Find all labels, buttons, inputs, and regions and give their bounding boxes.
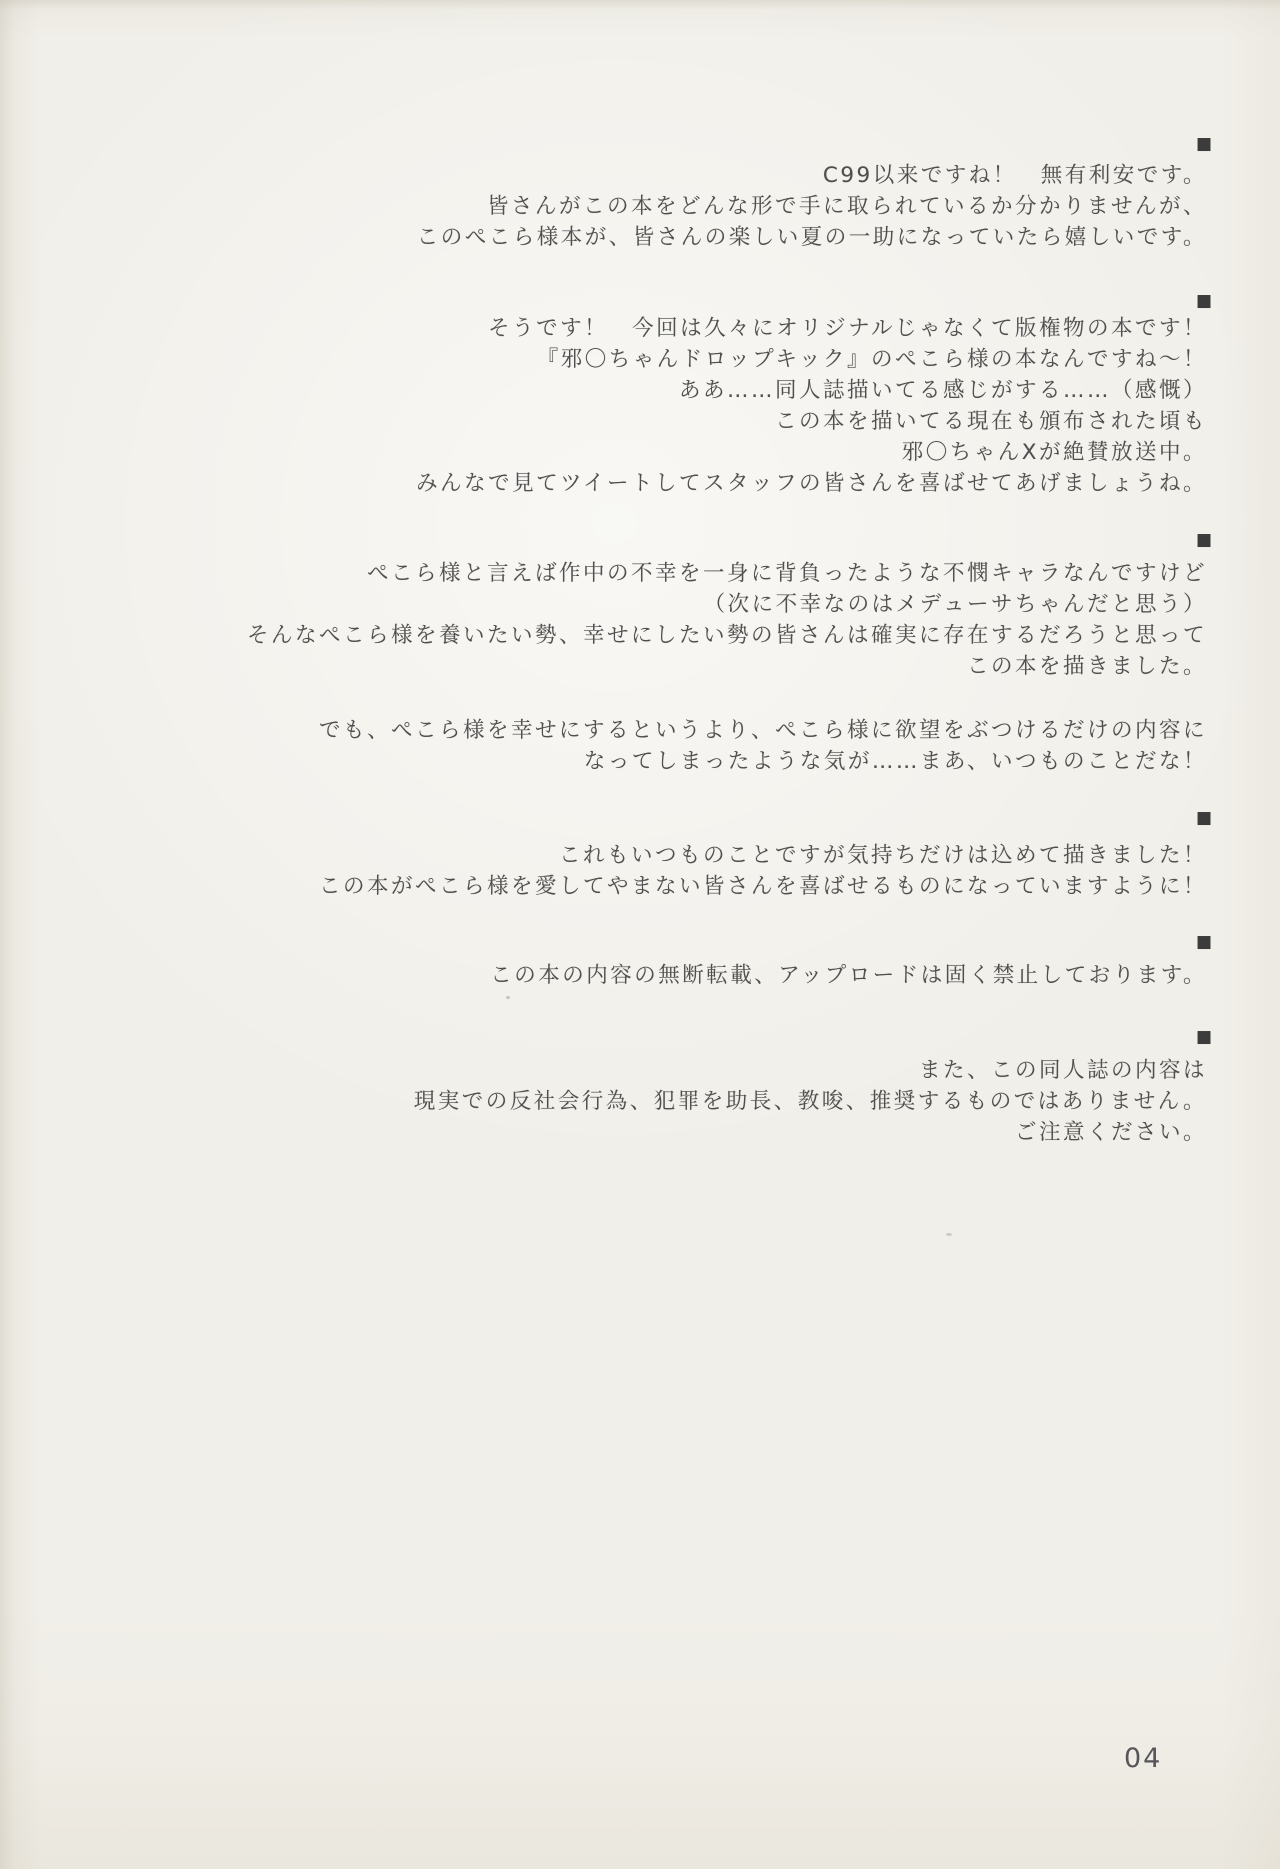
section-marker-icon: ■ <box>1196 138 1209 151</box>
paragraph: ぺこら様と言えば作中の不幸を一身に背負ったような不憫キャラなんですけど（次に不幸… <box>247 558 1207 682</box>
text-line: ご注意ください。 <box>414 1117 1207 1148</box>
text-line: 現実での反社会行為、犯罪を助長、教唆、推奨するものではありません。 <box>414 1086 1207 1117</box>
text-line: なってしまったような気が……まあ、いつものことだな！ <box>319 746 1207 777</box>
text-line: この本がぺこら様を愛してやまない皆さんを喜ばせるものになっていますように！ <box>319 871 1207 902</box>
section-marker-icon: ■ <box>1196 936 1209 949</box>
paragraph: また、この同人誌の内容は現実での反社会行為、犯罪を助長、教唆、推奨するものではあ… <box>414 1055 1207 1148</box>
page-number: 04 <box>1124 1743 1162 1774</box>
scan-speck <box>506 996 510 999</box>
paragraph: これもいつものことですが気持ちだけは込めて描きました！この本がぺこら様を愛してや… <box>319 840 1207 902</box>
text-line: みんなで見てツイートしてスタッフの皆さんを喜ばせてあげましょうね。 <box>416 468 1207 499</box>
text-line: この本の内容の無断転載、アップロードは固く禁止しております。 <box>490 960 1207 991</box>
section-marker-icon: ■ <box>1196 812 1209 825</box>
scan-speck <box>946 1233 952 1236</box>
text-line: C99以来ですね！ 無有利安です。 <box>417 160 1207 191</box>
text-line: 皆さんがこの本をどんな形で手に取られているか分かりませんが、 <box>417 191 1207 222</box>
text-line: ぺこら様と言えば作中の不幸を一身に背負ったような不憫キャラなんですけど <box>247 558 1207 589</box>
text-line: この本を描きました。 <box>247 651 1207 682</box>
text-line: 『邪〇ちゃんドロップキック』のぺこら様の本なんですね～！ <box>416 344 1207 375</box>
paragraph: そうです！ 今回は久々にオリジナルじゃなくて版権物の本です！『邪〇ちゃんドロップ… <box>416 313 1207 499</box>
text-line: （次に不幸なのはメデューサちゃんだと思う） <box>247 589 1207 620</box>
text-line: そうです！ 今回は久々にオリジナルじゃなくて版権物の本です！ <box>416 313 1207 344</box>
text-line: 邪〇ちゃんXが絶賛放送中。 <box>416 437 1207 468</box>
scanned-page: ■■■■■■ C99以来ですね！ 無有利安です。皆さんがこの本をどんな形で手に取… <box>0 0 1280 1869</box>
text-line: このぺこら様本が、皆さんの楽しい夏の一助になっていたら嬉しいです。 <box>417 222 1207 253</box>
section-marker-icon: ■ <box>1196 534 1209 547</box>
text-line: また、この同人誌の内容は <box>414 1055 1207 1086</box>
text-line: そんなぺこら様を養いたい勢、幸せにしたい勢の皆さんは確実に存在するだろうと思って <box>247 620 1207 651</box>
section-marker-icon: ■ <box>1196 295 1209 308</box>
paragraph: でも、ぺこら様を幸せにするというより、ぺこら様に欲望をぶつけるだけの内容になって… <box>319 715 1207 777</box>
section-marker-icon: ■ <box>1196 1031 1209 1044</box>
paragraph: この本の内容の無断転載、アップロードは固く禁止しております。 <box>490 960 1207 991</box>
text-line: でも、ぺこら様を幸せにするというより、ぺこら様に欲望をぶつけるだけの内容に <box>319 715 1207 746</box>
text-line: ああ……同人誌描いてる感じがする……（感慨） <box>416 375 1207 406</box>
text-line: これもいつものことですが気持ちだけは込めて描きました！ <box>319 840 1207 871</box>
paragraph: C99以来ですね！ 無有利安です。皆さんがこの本をどんな形で手に取られているか分… <box>417 160 1207 253</box>
text-line: この本を描いてる現在も頒布された頃も <box>416 406 1207 437</box>
